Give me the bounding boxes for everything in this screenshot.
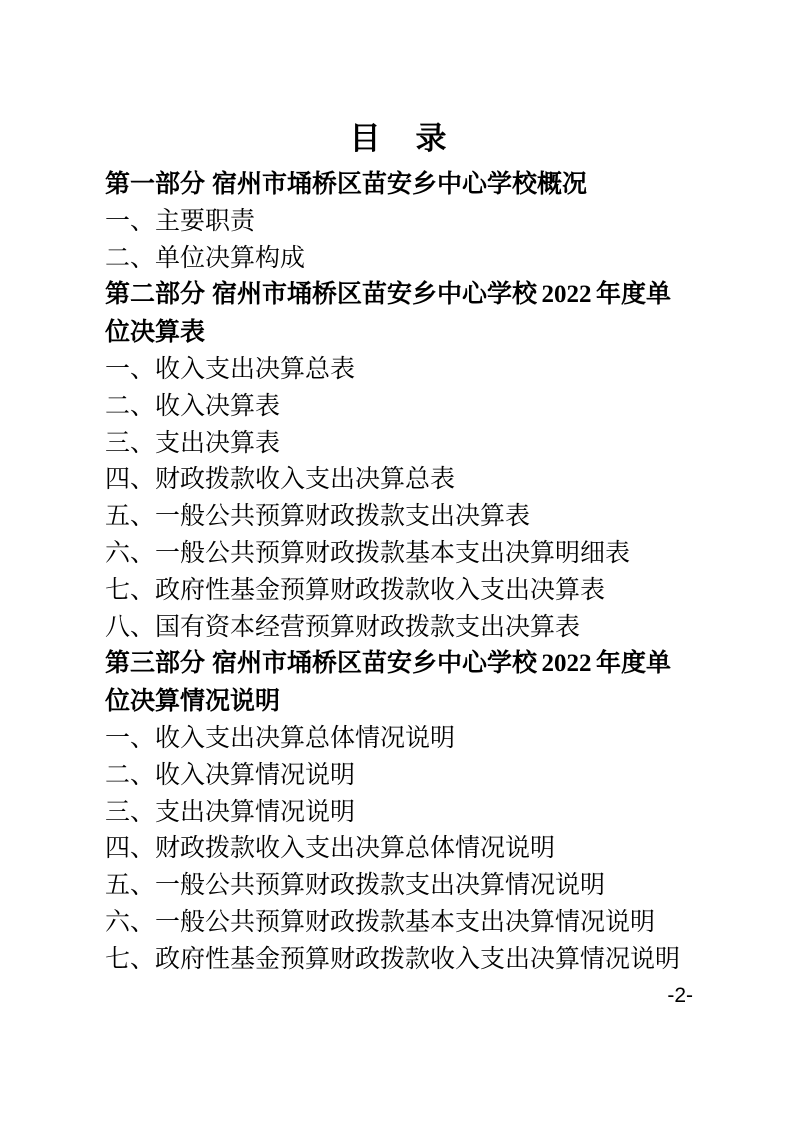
toc-item: 二、单位决算构成 (105, 240, 693, 277)
toc-item: 三、支出决算情况说明 (105, 794, 693, 831)
section-1-heading: 第一部分 宿州市埇桥区苗安乡中心学校概况 (105, 166, 693, 203)
section-heading-text: 第二部分 宿州市埇桥区苗安乡中心学校 (105, 280, 537, 308)
toc-item: 七、政府性基金预算财政拨款收入支出决算表 (105, 572, 693, 609)
section-2-heading: 第二部分 宿州市埇桥区苗安乡中心学校2022年度单位决算表 (105, 276, 693, 351)
section-heading-text: 第三部分 宿州市埇桥区苗安乡中心学校 (105, 649, 537, 677)
toc-item: 七、政府性基金预算财政拨款收入支出决算情况说明 (105, 941, 693, 978)
year-text: 2022 (541, 650, 591, 677)
document-page: 目 录 第一部分 宿州市埇桥区苗安乡中心学校概况 一、主要职责 二、单位决算构成… (0, 0, 793, 1122)
toc-item: 五、一般公共预算财政拨款支出决算情况说明 (105, 867, 693, 904)
toc-item: 五、一般公共预算财政拨款支出决算表 (105, 498, 693, 535)
year-text: 2022 (541, 281, 591, 308)
toc-item: 六、一般公共预算财政拨款基本支出决算情况说明 (105, 904, 693, 941)
toc-item: 一、收入支出决算总体情况说明 (105, 720, 693, 757)
section-heading-text: 第一部分 宿州市埇桥区苗安乡中心学校概况 (105, 170, 587, 198)
toc-body: 第一部分 宿州市埇桥区苗安乡中心学校概况 一、主要职责 二、单位决算构成 第二部… (105, 166, 693, 978)
toc-item: 三、支出决算表 (105, 425, 693, 462)
toc-item: 四、财政拨款收入支出决算总表 (105, 461, 693, 498)
toc-title: 目 录 (105, 118, 693, 160)
toc-item: 四、财政拨款收入支出决算总体情况说明 (105, 830, 693, 867)
page-number: -2- (667, 984, 693, 1008)
toc-item: 一、主要职责 (105, 203, 693, 240)
section-3-heading: 第三部分 宿州市埇桥区苗安乡中心学校2022年度单位决算情况说明 (105, 645, 693, 720)
toc-item: 八、国有资本经营预算财政拨款支出决算表 (105, 609, 693, 646)
toc-item: 六、一般公共预算财政拨款基本支出决算明细表 (105, 535, 693, 572)
toc-item: 二、收入决算表 (105, 388, 693, 425)
toc-item: 二、收入决算情况说明 (105, 757, 693, 794)
toc-item: 一、收入支出决算总表 (105, 351, 693, 388)
